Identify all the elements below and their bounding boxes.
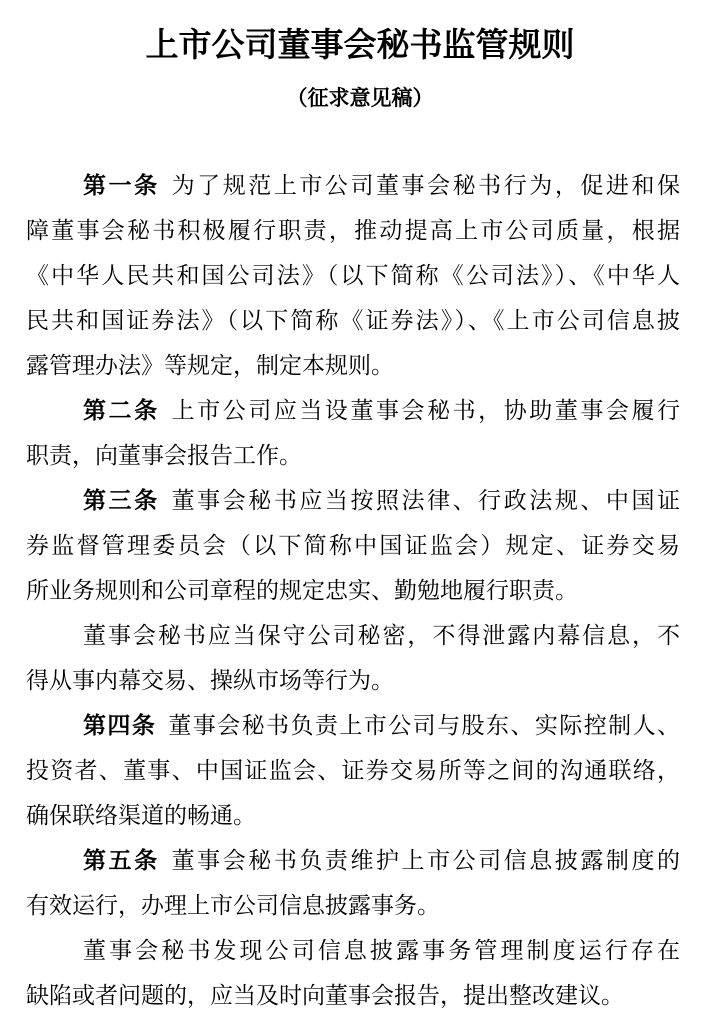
- line-text: 得从事内幕交易、操纵市场等行为。: [26, 668, 394, 693]
- body-line: 董事会秘书应当保守公司秘密，不得泄露内幕信息，不: [26, 613, 680, 658]
- body-line: 障董事会秘书积极履行职责，推动提高上市公司质量，根据: [26, 208, 680, 253]
- body-line: 确保联络渠道的畅通。: [26, 793, 680, 838]
- line-text: 董事会秘书负责上市公司与股东、实际控制人、: [168, 713, 680, 738]
- line-text: 董事会秘书应当保守公司秘密，不得泄露内幕信息，不: [83, 623, 680, 648]
- body-line: 露管理办法》等规定，制定本规则。: [26, 343, 680, 388]
- body-line: 投资者、董事、中国证监会、证券交易所等之间的沟通联络，: [26, 748, 680, 793]
- article-number: 第四条: [83, 713, 156, 738]
- body-line: 第一条为了规范上市公司董事会秘书行为，促进和保: [26, 163, 680, 208]
- line-text: 确保联络渠道的畅通。: [26, 803, 256, 828]
- body-line: 所业务规则和公司章程的规定忠实、勤勉地履行职责。: [26, 568, 680, 613]
- line-text: 董事会秘书负责维护上市公司信息披露制度的: [172, 848, 680, 873]
- article-number: 第五条: [83, 848, 160, 873]
- line-text: 《中华人民共和国公司法》（以下简称《公司法》）、《中华人: [26, 263, 680, 288]
- body-line: 董事会秘书发现公司信息披露事务管理制度运行存在: [26, 928, 680, 973]
- line-text: 为了规范上市公司董事会秘书行为，促进和保: [172, 173, 680, 198]
- article-number: 第三条: [83, 488, 160, 513]
- document-title: 上市公司董事会秘书监管规则: [0, 0, 720, 67]
- body-line: 第五条董事会秘书负责维护上市公司信息披露制度的: [26, 838, 680, 883]
- line-text: 所业务规则和公司章程的规定忠实、勤勉地履行职责。: [26, 578, 578, 603]
- line-text: 董事会秘书发现公司信息披露事务管理制度运行存在: [83, 938, 680, 963]
- line-text: 职责，向董事会报告工作。: [26, 443, 302, 468]
- body-line: 《中华人民共和国公司法》（以下简称《公司法》）、《中华人: [26, 253, 680, 298]
- body-line: 券监督管理委员会（以下简称中国证监会）规定、证券交易: [26, 523, 680, 568]
- line-text: 投资者、董事、中国证监会、证券交易所等之间的沟通联络，: [26, 758, 680, 783]
- article-number: 第一条: [83, 173, 160, 198]
- line-text: 露管理办法》等规定，制定本规则。: [26, 353, 394, 378]
- body-line: 第四条董事会秘书负责上市公司与股东、实际控制人、: [26, 703, 680, 748]
- body-line: 有效运行，办理上市公司信息披露事务。: [26, 883, 680, 928]
- body-line: 职责，向董事会报告工作。: [26, 433, 680, 478]
- body-line: 第二条上市公司应当设董事会秘书，协助董事会履行: [26, 388, 680, 433]
- line-text: 董事会秘书应当按照法律、行政法规、中国证: [172, 488, 680, 513]
- line-text: 上市公司应当设董事会秘书，协助董事会履行: [172, 398, 680, 423]
- line-text: 有效运行，办理上市公司信息披露事务。: [26, 893, 440, 918]
- article-number: 第二条: [83, 398, 160, 423]
- body-line: 第三条董事会秘书应当按照法律、行政法规、中国证: [26, 478, 680, 523]
- line-text: 民共和国证券法》（以下简称《证券法》）、《上市公司信息披: [26, 308, 680, 333]
- document-page: 上市公司董事会秘书监管规则 （征求意见稿） 第一条为了规范上市公司董事会秘书行为…: [0, 0, 720, 1035]
- document-subtitle: （征求意见稿）: [0, 85, 720, 111]
- line-text: 障董事会秘书积极履行职责，推动提高上市公司质量，根据: [26, 218, 680, 243]
- body-line: 民共和国证券法》（以下简称《证券法》）、《上市公司信息披: [26, 298, 680, 343]
- body-line: 得从事内幕交易、操纵市场等行为。: [26, 658, 680, 703]
- line-text: 缺陷或者问题的，应当及时向董事会报告，提出整改建议。: [26, 983, 624, 1008]
- document-body: 第一条为了规范上市公司董事会秘书行为，促进和保障董事会秘书积极履行职责，推动提高…: [26, 163, 680, 1018]
- line-text: 券监督管理委员会（以下简称中国证监会）规定、证券交易: [26, 533, 680, 558]
- body-line: 缺陷或者问题的，应当及时向董事会报告，提出整改建议。: [26, 973, 680, 1018]
